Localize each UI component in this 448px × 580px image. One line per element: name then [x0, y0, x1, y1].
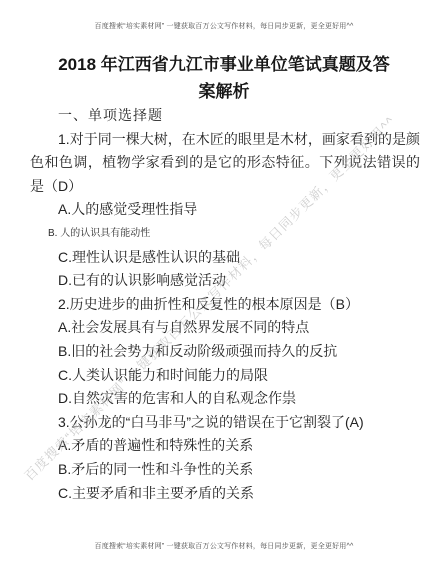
- question-option: B. 人的认识具有能动性: [48, 222, 420, 246]
- document-page: 百度搜索“培实素材网” 一键获取百万公文写作材料，每日同步更新，更全更好用^^ …: [0, 0, 448, 580]
- question-option: D.已有的认识影响感觉活动: [58, 269, 420, 293]
- question-stem: 3.公孙龙的“白马非马”之说的错误在于它割裂了(A): [30, 411, 420, 435]
- question-option: B.旧的社会势力和反动阶级顽强而持久的反抗: [58, 340, 420, 364]
- question-option: A.矛盾的普遍性和特殊性的关系: [58, 434, 420, 458]
- question-stem: 2.历史进步的曲折性和反复性的根本原因是（B）: [30, 293, 420, 317]
- header-note: 百度搜索“培实素材网” 一键获取百万公文写作材料，每日同步更新，更全更好用^^: [0, 21, 448, 31]
- question-stem: 1.对于同一棵大树，在木匠的眼里是木材，画家看到的是颜色和色调，植物学家看到的是…: [30, 128, 420, 199]
- question-option: C.主要矛盾和非主要矛盾的关系: [58, 482, 420, 506]
- page-title: 2018 年江西省九江市事业单位笔试真题及答案解析: [54, 51, 394, 105]
- question-option: C.理性认识是感性认识的基础: [58, 246, 420, 270]
- question-option: B.矛后的同一性和斗争性的关系: [58, 458, 420, 482]
- question-option: A.社会发展具有与自然界发展不同的特点: [58, 316, 420, 340]
- question-option: C.人类认识能力和时间能力的局限: [58, 364, 420, 388]
- question-option: A.人的感觉受理性指导: [58, 198, 420, 222]
- question-option: D.自然灾害的危害和人的自私观念作祟: [58, 387, 420, 411]
- question-list: 1.对于同一棵大树，在木匠的眼里是木材，画家看到的是颜色和色调，植物学家看到的是…: [30, 128, 420, 506]
- document-body: 一、单项选择题 1.对于同一棵大树，在木匠的眼里是木材，画家看到的是颜色和色调，…: [30, 104, 420, 505]
- footer-note: 百度搜索“培实素材网” 一键获取百万公文写作材料，每日同步更新，更全更好用^^: [0, 541, 448, 551]
- section-heading: 一、单项选择题: [30, 104, 420, 128]
